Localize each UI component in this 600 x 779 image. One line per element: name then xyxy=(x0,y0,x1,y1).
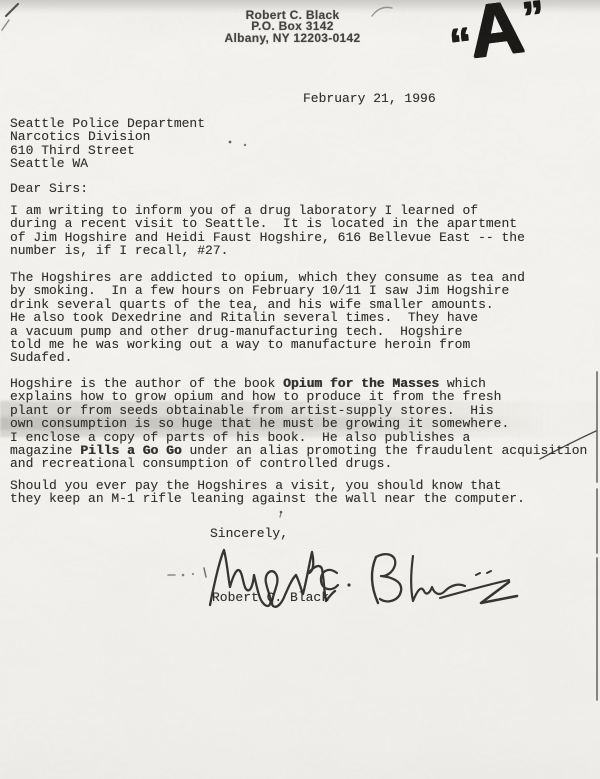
recipient-address: Seattle Police Department Narcotics Divi… xyxy=(10,117,205,171)
salutation: Dear Sirs: xyxy=(10,182,88,195)
typed-signature-name: Robert C. Black xyxy=(212,591,329,604)
exhibit-letter: A xyxy=(465,0,526,66)
paragraph-3: Hogshire is the author of the book Opium… xyxy=(10,377,587,471)
paragraph-2: The Hogshires are addicted to opium, whi… xyxy=(10,271,525,365)
text-segment: I am writing to inform you of a drug lab… xyxy=(10,203,525,258)
letter-date: February 21, 1996 xyxy=(303,92,436,105)
scanned-letter-page: Robert C. Black P.O. Box 3142 Albany, NY… xyxy=(0,0,600,779)
text-segment: The Hogshires are addicted to opium, whi… xyxy=(10,270,525,365)
paragraph-1: I am writing to inform you of a drug lab… xyxy=(10,204,525,258)
text-segment: Should you ever pay the Hogshires a visi… xyxy=(10,478,525,506)
paragraph-4: Should you ever pay the Hogshires a visi… xyxy=(10,479,525,506)
exhibit-a-mark: “ A ” xyxy=(444,0,547,68)
closing: Sincerely, xyxy=(210,527,288,540)
sender-address-stamp: Robert C. Black P.O. Box 3142 Albany, NY… xyxy=(200,10,385,44)
